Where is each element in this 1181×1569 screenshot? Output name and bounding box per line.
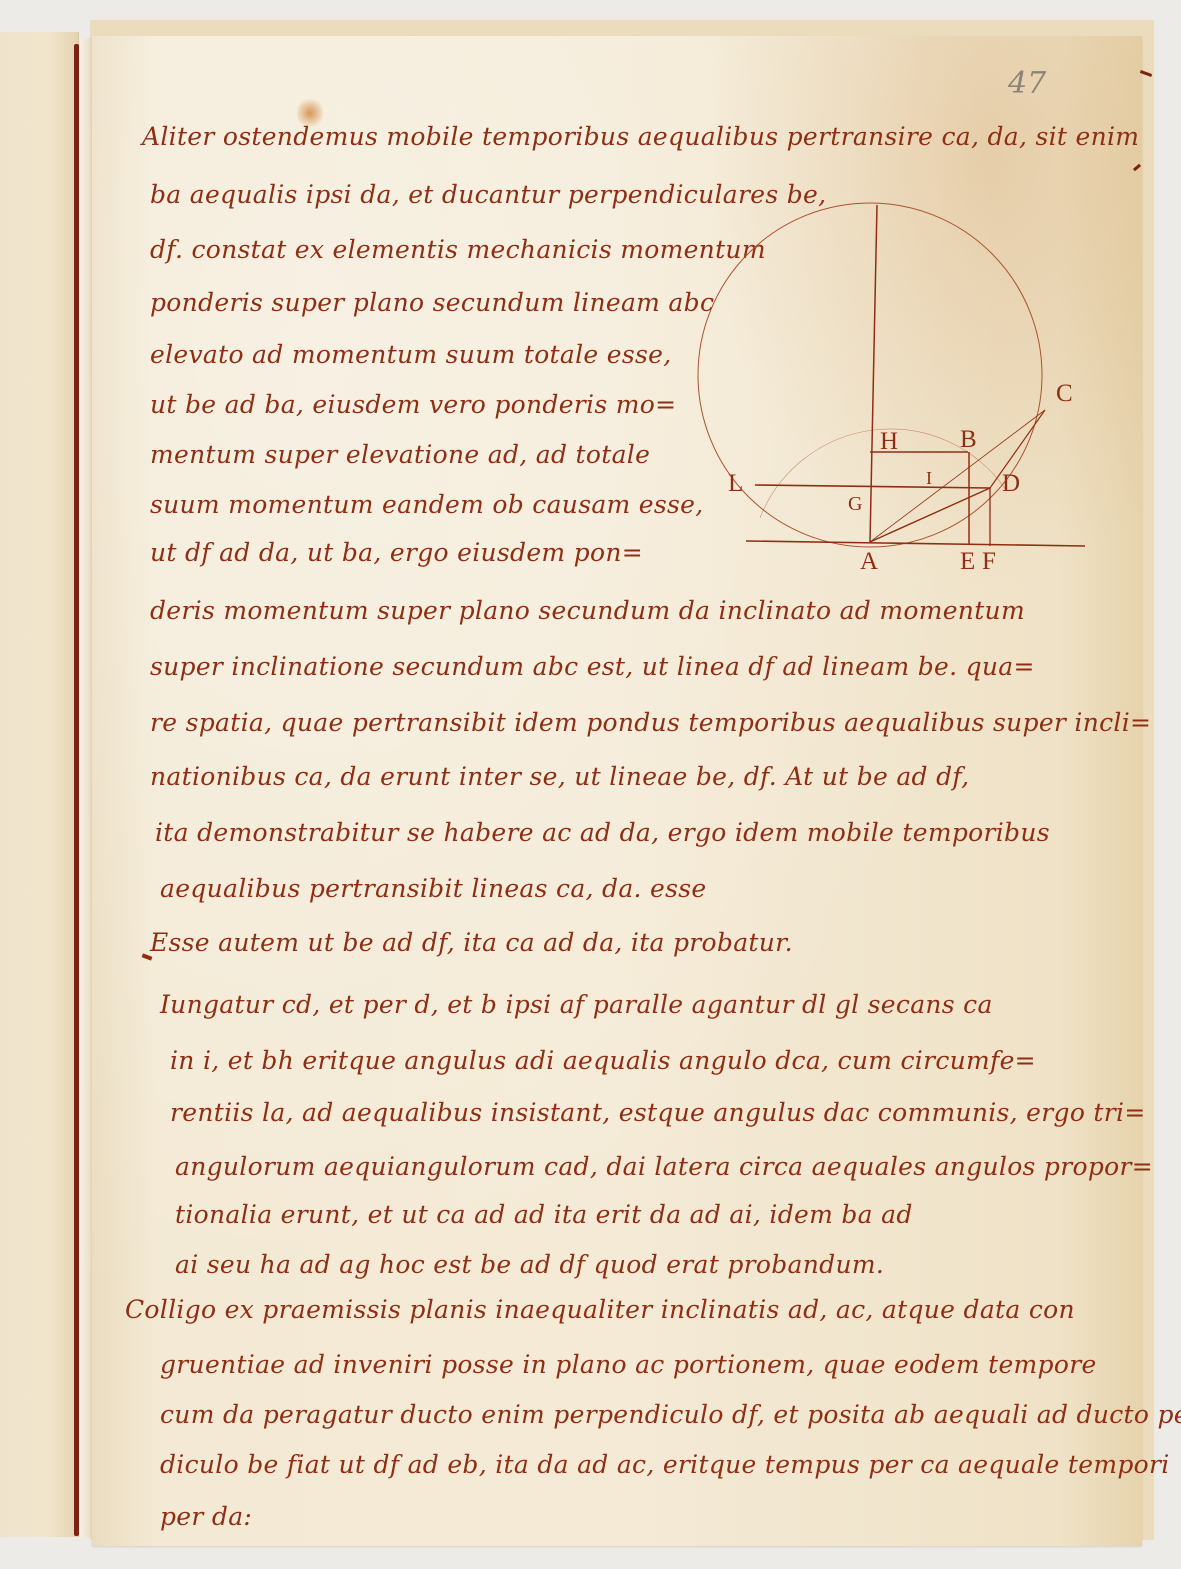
label-D: D [1002, 470, 1020, 498]
label-B: B [960, 426, 977, 454]
text-line: per da: [160, 1502, 252, 1531]
text-line: deris momentum super plano secundum da i… [150, 596, 1025, 625]
diagram-drawing [690, 160, 1100, 580]
folio-number: 47 [1008, 66, 1046, 101]
binding-spine [74, 44, 79, 1536]
text-line: suum momentum eandem ob causam esse, [150, 490, 704, 519]
base-line [746, 541, 1085, 546]
text-line: mentum super elevatione ad, ad totale [150, 440, 650, 469]
text-line: df. constat ex elementis mechanicis mome… [150, 235, 766, 264]
text-line: re spatia, quae pertransibit idem pondus… [150, 708, 1151, 737]
label-C: C [1056, 380, 1073, 408]
left-facing-leaf [0, 32, 79, 1537]
text-line: ita demonstrabitur se habere ac ad da, e… [155, 818, 1050, 847]
text-line: aequalibus pertransibit lineas ca, da. e… [160, 874, 706, 903]
text-line: diculo be fiat ut df ad eb, ita da ad ac… [160, 1450, 1170, 1479]
text-line: nationibus ca, da erunt inter se, ut lin… [150, 762, 969, 791]
text-line: angulorum aequiangulorum cad, dai latera… [175, 1152, 1153, 1181]
text-line: Esse autem ut be ad df, ita ca ad da, it… [150, 928, 793, 957]
text-line: gruentiae ad inveniri posse in plano ac … [160, 1350, 1097, 1379]
text-line: elevato ad momentum suum totale esse, [150, 340, 671, 369]
text-line: super inclinatione secundum abc est, ut … [150, 652, 1035, 681]
line-AD [870, 488, 990, 542]
text-line: ponderis super plano secundum lineam abc [150, 288, 714, 317]
label-F: F [982, 548, 996, 576]
text-line: ai seu ha ad ag hoc est be ad df quod er… [175, 1250, 884, 1279]
label-I: I [926, 468, 932, 489]
vertical-diameter [870, 205, 877, 542]
text-line: Iungatur cd, et per d, et b ipsi af para… [160, 990, 993, 1019]
label-E: E [960, 548, 975, 576]
label-H: H [880, 428, 898, 456]
text-line: cum da peragatur ducto enim perpendiculo… [160, 1400, 1181, 1429]
label-L: L [728, 470, 743, 498]
text-line: Colligo ex praemissis planis inaequalite… [125, 1295, 1075, 1324]
line-LD [755, 485, 990, 488]
text-line: ut be ad ba, eiusdem vero ponderis mo= [150, 390, 676, 419]
text-line: Aliter ostendemus mobile temporibus aequ… [142, 122, 1139, 151]
text-line: tionalia erunt, et ut ca ad ad ita erit … [175, 1200, 913, 1229]
label-A: A [860, 548, 878, 576]
text-line: ut df ad da, ut ba, ergo eiusdem pon= [150, 538, 643, 567]
geometric-diagram: C H B L I D G A E F [690, 160, 1100, 580]
label-G: G [848, 493, 862, 516]
text-line: in i, et bh eritque angulus adi aequalis… [170, 1046, 1036, 1075]
text-line: rentiis la, ad aequalibus insistant, est… [170, 1098, 1146, 1127]
